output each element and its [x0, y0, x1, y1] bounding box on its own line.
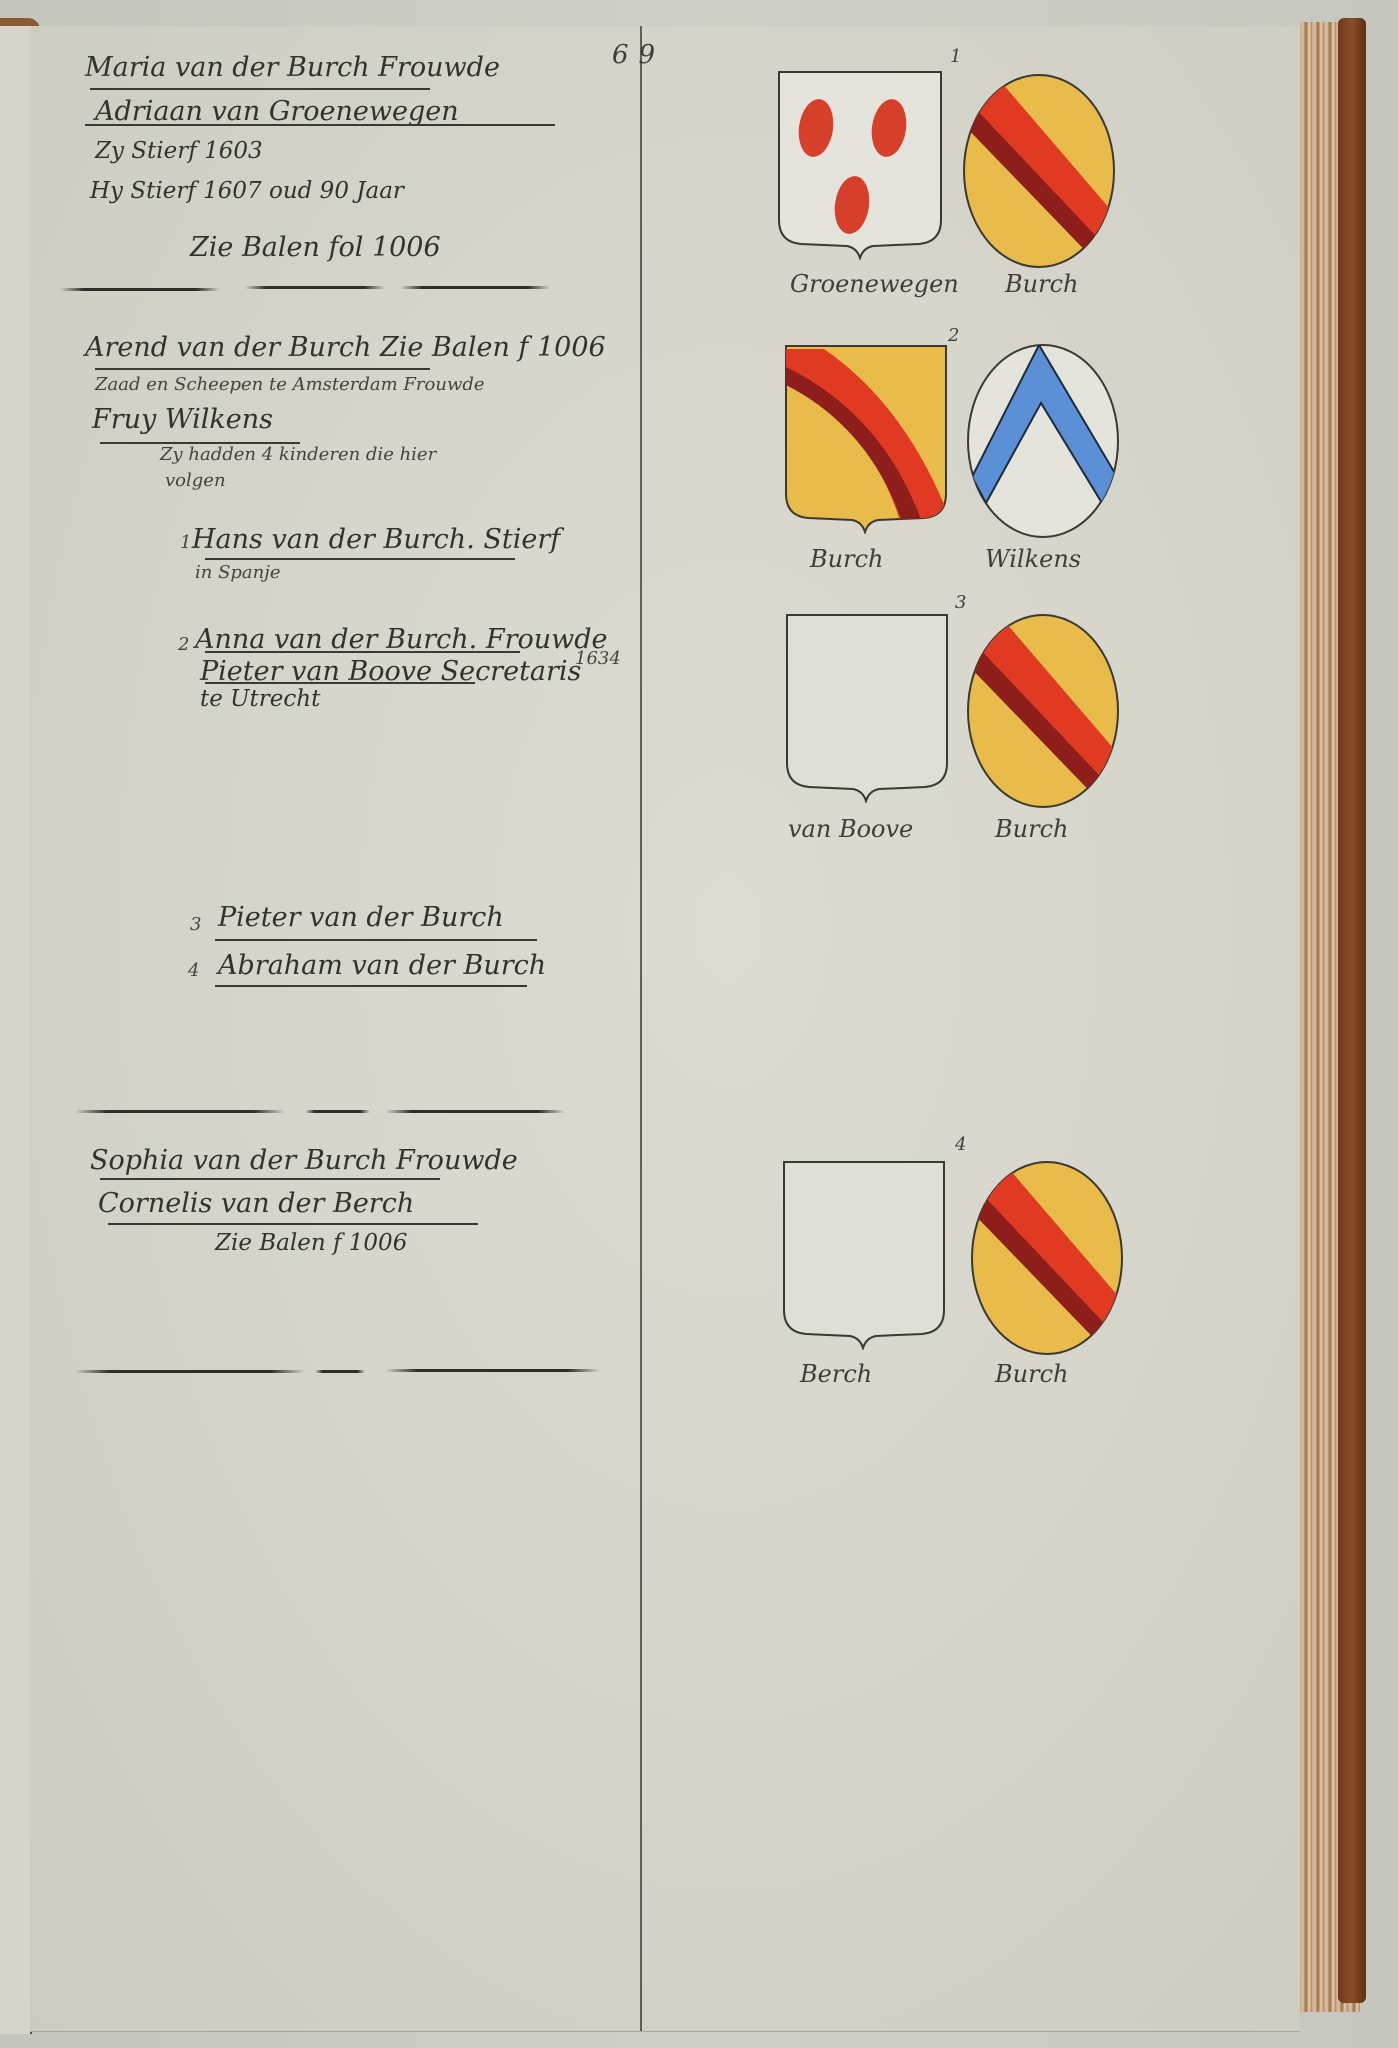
separator-line	[75, 1370, 305, 1373]
oval-burch-icon	[962, 73, 1116, 269]
entry-line: Arend van der Burch Zie Balen f 1006	[85, 332, 606, 363]
arms-label: Burch	[995, 815, 1068, 843]
folio-number: 69	[612, 40, 665, 70]
arms-number: 3	[955, 592, 966, 613]
shield-berch-icon	[782, 1160, 946, 1350]
underline	[100, 1178, 440, 1180]
underline	[108, 1223, 478, 1225]
child-number: 3	[190, 914, 201, 935]
cross-reference: Zie Balen fol 1006	[190, 232, 441, 263]
cross-reference: Zie Balen f 1006	[215, 1230, 407, 1256]
underline	[95, 368, 430, 370]
entry-line: Cornelis van der Berch	[98, 1188, 414, 1219]
separator-line	[245, 286, 385, 289]
shield-van-boove-icon	[785, 613, 949, 803]
oval-burch-icon	[966, 613, 1120, 809]
underline	[215, 939, 537, 941]
underline	[215, 985, 527, 987]
underline	[205, 651, 520, 653]
entry-line: Hy Stierf 1607 oud 90 Jaar	[90, 178, 404, 204]
arms-label: van Boove	[788, 815, 913, 843]
child-number: 4	[188, 960, 199, 981]
entry-line: Maria van der Burch Frouwde	[85, 52, 500, 83]
arms-label: Burch	[1005, 270, 1078, 298]
arms-label: Groenewegen	[790, 270, 959, 298]
previous-page-edge	[0, 26, 32, 2034]
child-line: Hans van der Burch. Stierf	[192, 524, 560, 555]
arms-number: 4	[955, 1134, 966, 1155]
entry-line: Fruy Wilkens	[92, 404, 273, 435]
separator-line	[385, 1110, 565, 1113]
oval-burch-icon	[970, 1160, 1124, 1356]
child-line: Abraham van der Burch	[218, 950, 546, 981]
arms-number: 1	[950, 46, 961, 67]
arms-label: Burch	[995, 1360, 1068, 1388]
entry-line: volgen	[165, 470, 226, 491]
entry-line: Zy Stierf 1603	[95, 138, 263, 164]
separator-line	[385, 1369, 600, 1372]
entry-line: Sophia van der Burch Frouwde	[90, 1145, 518, 1176]
entry-line: Zaad en Scheepen te Amsterdam Frouwde	[95, 374, 485, 395]
separator-line	[305, 1110, 370, 1113]
shield-groenewegen-icon	[777, 70, 943, 260]
arms-label: Burch	[810, 545, 883, 573]
underline	[205, 682, 475, 684]
oval-wilkens-icon	[966, 343, 1120, 539]
underline	[205, 558, 515, 560]
marriage-year: 1634	[575, 648, 621, 669]
child-number: 2	[178, 634, 189, 655]
arms-label: Berch	[800, 1360, 872, 1388]
separator-line	[315, 1370, 365, 1373]
separator-line	[400, 286, 550, 289]
manuscript-page	[30, 26, 1300, 2032]
column-divider	[640, 26, 642, 2031]
underline	[85, 124, 555, 126]
arms-label: Wilkens	[985, 545, 1081, 573]
arms-number: 2	[948, 325, 959, 346]
child-line: in Spanje	[195, 562, 280, 583]
underline	[90, 88, 430, 90]
child-number: 1	[180, 532, 191, 553]
shield-burch-icon	[784, 344, 948, 534]
child-line: te Utrecht	[200, 686, 320, 712]
entry-line: Zy hadden 4 kinderen die hier	[160, 444, 436, 465]
child-line: Pieter van der Burch	[218, 902, 504, 933]
entry-line: Adriaan van Groenewegen	[95, 96, 459, 127]
separator-line	[60, 288, 220, 291]
book-binding	[1338, 18, 1366, 2003]
separator-line	[75, 1110, 285, 1113]
